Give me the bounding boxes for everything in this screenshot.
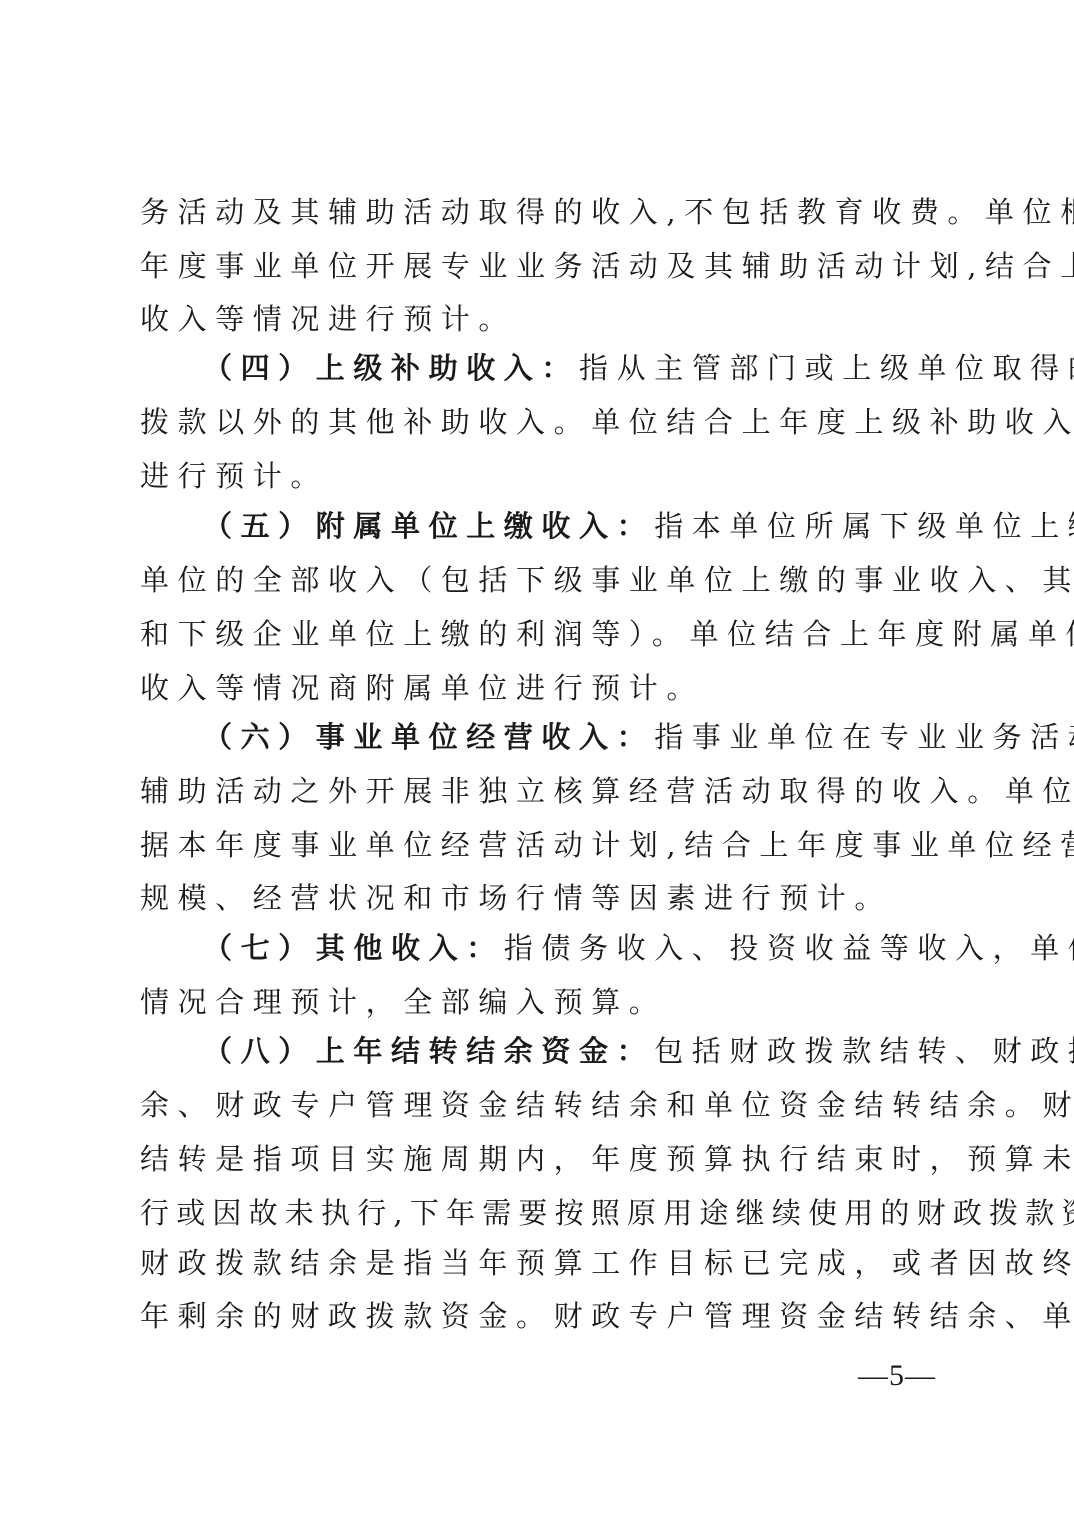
text-line: 和下级企业单位上缴的利润等）。单位结合上年度附属单位上缴 [140, 614, 940, 654]
line-text: 据本年度事业单位经营活动计划,结合上年度事业单位经营收入 [140, 828, 1074, 862]
text-line: 余、财政专户管理资金结转结余和单位资金结转结余。财政拨款 [140, 1085, 940, 1125]
line-text: 包括财政拨款结转、财政拨款结 [654, 1034, 1074, 1068]
text-line: 行或因故未执行,下年需要按照原用途继续使用的财政拨款资金。 [140, 1193, 940, 1233]
line-text: 余、财政专户管理资金结转结余和单位资金结转结余。财政拨款 [140, 1088, 1074, 1122]
text-line: 情况合理预计，全部编入预算。 [140, 982, 940, 1022]
page-number: —5— [858, 1356, 936, 1396]
text-line: 辅助活动之外开展非独立核算经营活动取得的收入。单位应当根 [140, 771, 940, 811]
line-text: 情况合理预计，全部编入预算。 [140, 985, 666, 1019]
line-text: 和下级企业单位上缴的利润等）。单位结合上年度附属单位上缴 [140, 617, 1074, 651]
text-line: 规模、经营状况和市场行情等因素进行预计。 [140, 878, 940, 918]
line-text: 单位的全部收入（包括下级事业单位上缴的事业收入、其他收入 [140, 563, 1074, 597]
line-text: 拨款以外的其他补助收入。单位结合上年度上级补助收入等情况 [140, 405, 1074, 439]
line-text: 年度事业单位开展专业业务活动及其辅助活动计划,结合上年度 [140, 249, 1074, 283]
section-heading: （八）上年结转结余资金： [203, 1034, 654, 1068]
section-heading: （七）其他收入： [203, 931, 504, 965]
text-line: 据本年度事业单位经营活动计划,结合上年度事业单位经营收入 [140, 825, 940, 865]
section-heading-line: （四）上级补助收入：指从主管部门或上级单位取得的财政 [203, 348, 940, 388]
text-line: 拨款以外的其他补助收入。单位结合上年度上级补助收入等情况 [140, 402, 940, 442]
text-line: 年度事业单位开展专业业务活动及其辅助活动计划,结合上年度 [140, 246, 940, 286]
line-text: 行或因故未执行,下年需要按照原用途继续使用的财政拨款资金。 [140, 1196, 1074, 1230]
section-heading-line: （五）附属单位上缴收入：指本单位所属下级单位上缴给本 [203, 506, 940, 546]
document-page: 务活动及其辅助活动取得的收入,不包括教育收费。单位根据本 年度事业单位开展专业业… [0, 0, 1074, 1520]
text-line: 进行预计。 [140, 456, 940, 496]
line-text: 年剩余的财政拨款资金。财政专户管理资金结转结余、单位资金 [140, 1299, 1074, 1333]
section-heading-line: （六）事业单位经营收入：指事业单位在专业业务活动及其 [203, 717, 940, 757]
text-line: 财政拨款结余是指当年预算工作目标已完成，或者因故终止，当 [140, 1243, 940, 1283]
text-line: 收入等情况进行预计。 [140, 299, 940, 339]
text-line: 收入等情况商附属单位进行预计。 [140, 668, 940, 708]
line-text: 收入等情况进行预计。 [140, 302, 516, 336]
line-text: 指本单位所属下级单位上缴给本 [654, 509, 1074, 543]
section-heading-line: （七）其他收入：指债务收入、投资收益等收入，单位根据 [203, 928, 940, 968]
text-line: 务活动及其辅助活动取得的收入,不包括教育收费。单位根据本 [140, 192, 940, 232]
section-heading: （四）上级补助收入： [203, 351, 579, 385]
text-line: 年剩余的财政拨款资金。财政专户管理资金结转结余、单位资金 [140, 1296, 940, 1336]
line-text: 进行预计。 [140, 459, 328, 493]
section-heading-line: （八）上年结转结余资金：包括财政拨款结转、财政拨款结 [203, 1031, 940, 1071]
text-line: 结转是指项目实施周期内，年度预算执行结束时，预算未全部执 [140, 1139, 940, 1179]
line-text: 指事业单位在专业业务活动及其 [654, 720, 1074, 754]
line-text: 辅助活动之外开展非独立核算经营活动取得的收入。单位应当根 [140, 774, 1074, 808]
line-text: 规模、经营状况和市场行情等因素进行预计。 [140, 881, 892, 915]
line-text: 务活动及其辅助活动取得的收入,不包括教育收费。单位根据本 [140, 195, 1074, 229]
line-text: 结转是指项目实施周期内，年度预算执行结束时，预算未全部执 [140, 1142, 1074, 1176]
line-text: 收入等情况商附属单位进行预计。 [140, 671, 704, 705]
section-heading: （五）附属单位上缴收入： [203, 509, 654, 543]
line-text: 指债务收入、投资收益等收入，单位根据 [504, 931, 1074, 965]
section-heading: （六）事业单位经营收入： [203, 720, 654, 754]
line-text: 指从主管部门或上级单位取得的财政 [579, 351, 1074, 385]
line-text: 财政拨款结余是指当年预算工作目标已完成，或者因故终止，当 [140, 1246, 1074, 1280]
text-line: 单位的全部收入（包括下级事业单位上缴的事业收入、其他收入 [140, 560, 940, 600]
